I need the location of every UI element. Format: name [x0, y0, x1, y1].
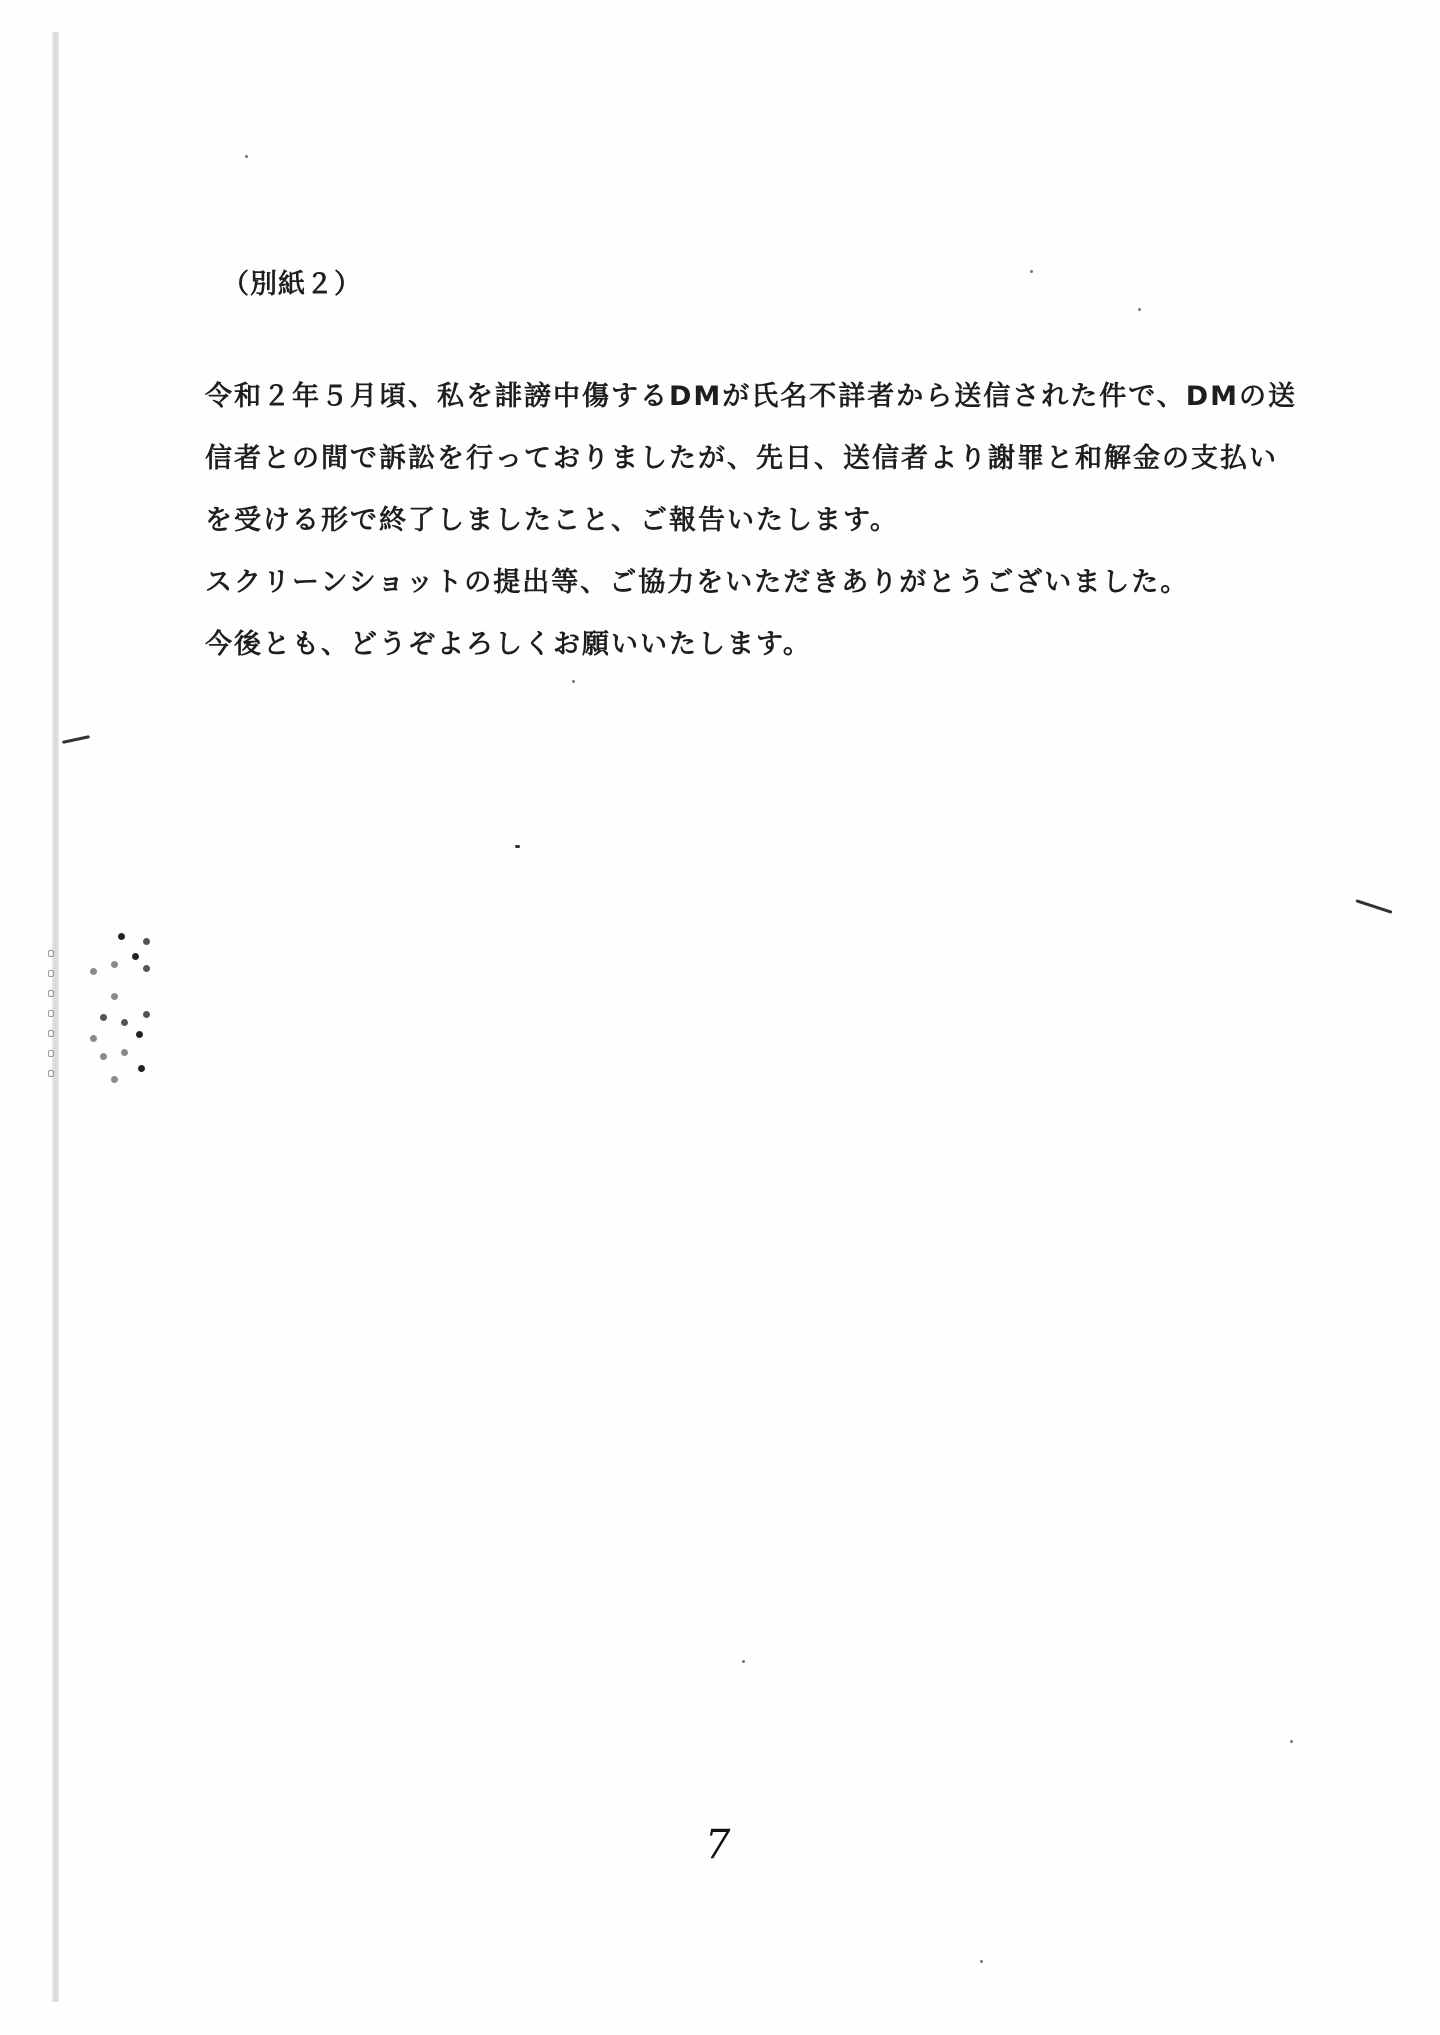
body-line: 令和２年５月頃、私を誹謗中傷するDMが氏名不詳者から送信された件で、DMの送: [205, 366, 1285, 428]
body-line: 信者との間で訴訟を行っておりましたが、先日、送信者より謝罪と和解金の支払い: [205, 428, 1285, 490]
body-line: 今後とも、どうぞよろしくお願いいたします。: [205, 614, 1285, 676]
speck: [572, 680, 575, 683]
speck: [1030, 270, 1033, 273]
speck: [1290, 1740, 1293, 1743]
speck: [980, 1960, 983, 1963]
attachment-label: （別紙２）: [222, 262, 362, 301]
dot-pattern-mark: [45, 925, 175, 1085]
scan-artifact-right: [1355, 899, 1392, 914]
scan-artifact-left: [62, 735, 90, 744]
body-line: を受ける形で終了しましたこと、ご報告いたします。: [205, 490, 1285, 552]
speck: [742, 1660, 745, 1663]
speck: [1138, 308, 1141, 311]
speck: [245, 155, 248, 158]
scanned-document-page: （別紙２） 令和２年５月頃、私を誹謗中傷するDMが氏名不詳者から送信された件で、…: [0, 0, 1440, 2035]
page-number: 7: [705, 1822, 730, 1868]
body-line: スクリーンショットの提出等、ご協力をいただきありがとうございました。: [205, 552, 1285, 614]
document-body: 令和２年５月頃、私を誹謗中傷するDMが氏名不詳者から送信された件で、DMの送 信…: [205, 366, 1285, 676]
scan-artifact-dash: [515, 845, 520, 848]
